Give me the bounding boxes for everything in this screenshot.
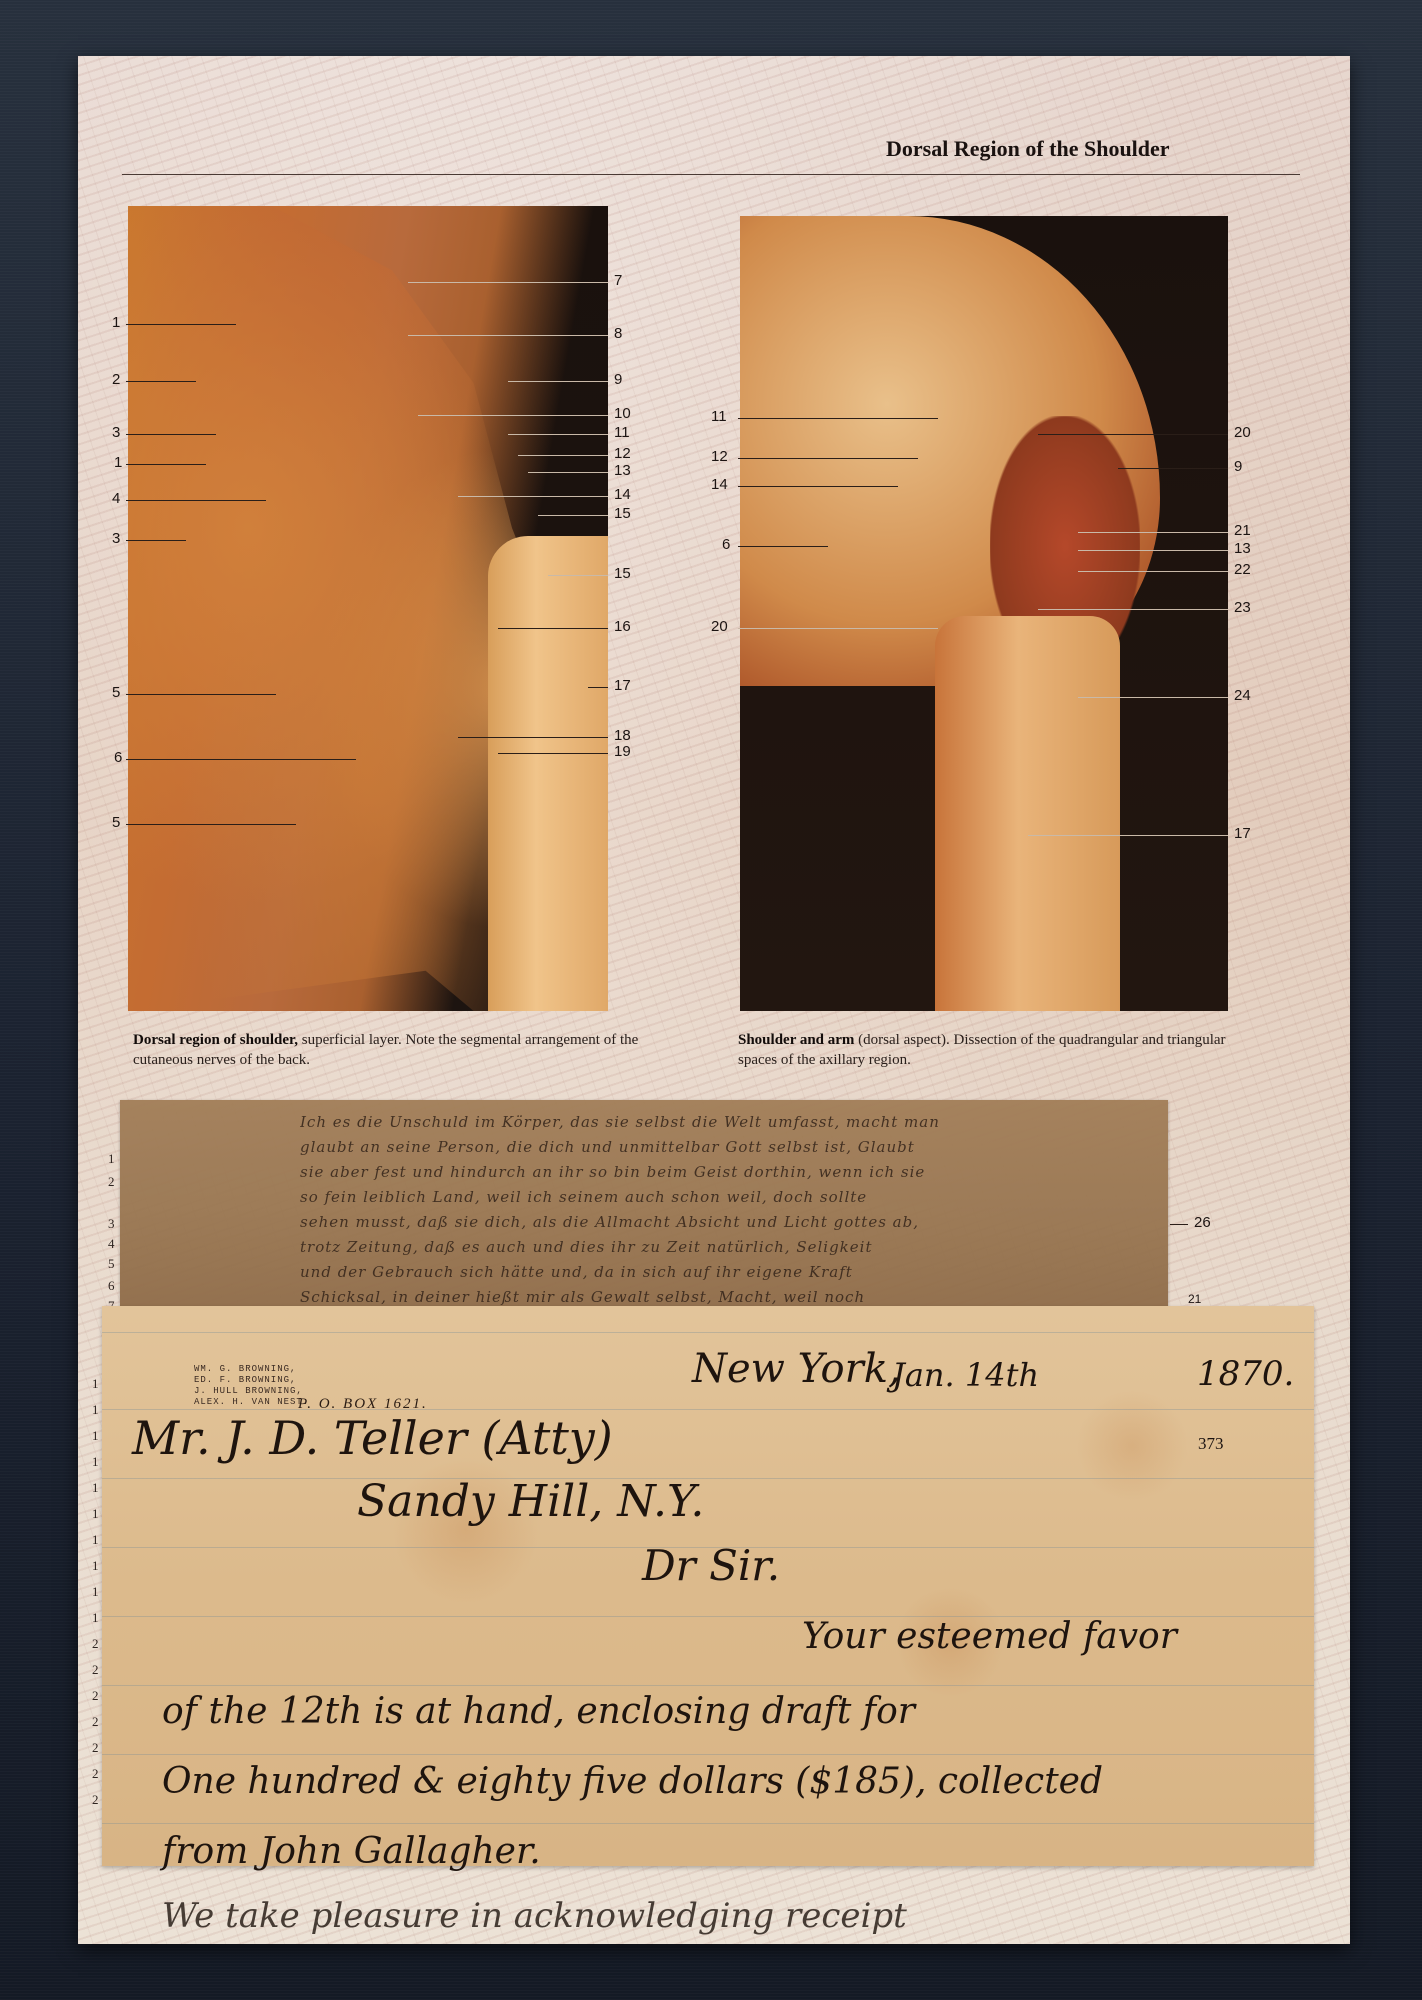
letter-date: Jan. 14th <box>892 1356 1039 1394</box>
ruler-number: 1 <box>108 1151 115 1167</box>
letter-address: Sandy Hill, N.Y. <box>357 1476 704 1527</box>
figure-label: 2 <box>112 371 120 388</box>
leader-line <box>738 458 918 459</box>
figure-label: 11 <box>614 424 630 441</box>
leader-line <box>126 381 196 382</box>
figure-label: 5 <box>112 684 120 701</box>
figure-label: 16 <box>614 618 631 635</box>
figure-label: 10 <box>614 405 631 422</box>
leader-line <box>126 324 236 325</box>
figure-label: 13 <box>1234 540 1251 557</box>
figure-label: 18 <box>614 727 631 744</box>
leader-line <box>126 540 186 541</box>
leader-line <box>1028 835 1228 836</box>
arm-shape <box>488 536 608 1011</box>
figure-label: 22 <box>1234 561 1251 578</box>
ruler-number: 2 <box>108 1174 115 1190</box>
leader-line <box>458 496 608 497</box>
figure-label: 15 <box>614 565 631 582</box>
figure-label: 19 <box>614 743 631 760</box>
manuscript-line: trotz Zeitung, daß es auch und dies ihr … <box>300 1235 1140 1260</box>
figure-label: 17 <box>614 677 631 694</box>
manuscript-line: sie aber fest und hindurch an ihr so bin… <box>300 1160 1140 1185</box>
leader-line <box>508 381 608 382</box>
leader-line <box>738 546 828 547</box>
figure-label: 20 <box>1234 424 1251 441</box>
figure-label: 5 <box>112 814 120 831</box>
leader-line <box>738 628 938 629</box>
leader-line <box>498 753 608 754</box>
leader-line <box>458 737 608 738</box>
figure-label: 21 <box>1188 1292 1201 1306</box>
dorsal-shoulder-photo <box>128 206 608 1011</box>
title-rule <box>122 174 1300 175</box>
left-figure-caption: Dorsal region of shoulder, superficial l… <box>133 1030 653 1070</box>
figure-label: 3 <box>112 424 120 441</box>
ruler-number: 4 <box>108 1236 115 1252</box>
collage-page: Dorsal Region of the Shoulder 1 2 3 1 4 … <box>78 56 1350 1944</box>
manuscript-line: sehen musst, daß sie dich, als die Allma… <box>300 1210 1140 1235</box>
leader-line <box>408 335 608 336</box>
figure-label: 6 <box>722 536 730 553</box>
figure-label: 1 <box>114 454 122 471</box>
handwritten-letter-1870: WM. G. BROWNING, ED. F. BROWNING, J. HUL… <box>102 1306 1314 1866</box>
leader-line <box>126 759 356 760</box>
leader-line <box>538 515 608 516</box>
letter-body-line: We take pleasure in acknowledging receip… <box>162 1896 907 1936</box>
caption-bold: Shoulder and arm <box>738 1032 854 1048</box>
letterhead-line: J. HULL BROWNING, <box>194 1386 309 1397</box>
leader-line <box>588 687 608 688</box>
letter-year: 1870. <box>1197 1354 1294 1394</box>
ruler-number: 5 <box>108 1256 115 1272</box>
letter-body-line: from John Gallagher. <box>162 1831 541 1872</box>
figure-label: 12 <box>614 445 631 462</box>
letterhead-line: ALEX. H. VAN NEST. <box>194 1397 309 1408</box>
upper-arm-shape <box>935 616 1120 1011</box>
page-title: Dorsal Region of the Shoulder <box>886 136 1170 162</box>
figure-label: 11 <box>711 408 727 425</box>
manuscript-line: und der Gebrauch sich hätte und, da in s… <box>300 1260 1140 1285</box>
figure-label: 24 <box>1234 687 1251 704</box>
leader-line <box>126 464 206 465</box>
leader-line <box>1118 468 1228 469</box>
right-figure-caption: Shoulder and arm (dorsal aspect). Dissec… <box>738 1030 1258 1070</box>
leader-line <box>418 415 608 416</box>
leader-line <box>1078 571 1228 572</box>
figure-label: 21 <box>1234 522 1251 539</box>
figure-label: 4 <box>112 490 120 507</box>
figure-label: 12 <box>711 448 728 465</box>
figure-label: 8 <box>614 325 622 342</box>
leader-line <box>508 434 608 435</box>
figure-label: 7 <box>614 272 622 289</box>
figure-label: 17 <box>1234 825 1251 842</box>
leader-line <box>498 628 608 629</box>
leader-line <box>548 575 608 576</box>
german-manuscript-strip: Ich es die Unschuld im Körper, das sie s… <box>120 1100 1168 1310</box>
figure-label: 14 <box>711 476 728 493</box>
leader-line <box>1038 609 1228 610</box>
ruler-number: 3 <box>108 1216 115 1232</box>
leader-line <box>1078 532 1228 533</box>
leader-line <box>1078 697 1228 698</box>
figure-label: 15 <box>614 505 631 522</box>
letterhead-line: ED. F. BROWNING, <box>194 1375 309 1386</box>
figure-label: 14 <box>614 486 631 503</box>
letter-addressee: Mr. J. D. Teller (Atty) <box>132 1411 613 1465</box>
figure-label: 9 <box>1234 458 1242 475</box>
letterhead-names: WM. G. BROWNING, ED. F. BROWNING, J. HUL… <box>194 1364 309 1408</box>
figure-label: 1 <box>112 314 120 331</box>
figure-label: 13 <box>614 462 631 479</box>
manuscript-line: glaubt an seine Person, die dich und unm… <box>300 1135 1140 1160</box>
leader-line <box>1078 550 1228 551</box>
leader-line <box>738 418 938 419</box>
leader-line <box>518 455 608 456</box>
figure-label: 26 <box>1194 1214 1211 1231</box>
letter-salutation: Dr Sir. <box>642 1541 780 1590</box>
leader-line <box>738 486 898 487</box>
leader-line <box>1170 1224 1188 1225</box>
ruler-number: 6 <box>108 1278 115 1294</box>
letterhead-line: WM. G. BROWNING, <box>194 1364 309 1375</box>
letter-body-line: Your esteemed favor <box>802 1616 1177 1657</box>
caption-bold: Dorsal region of shoulder, <box>133 1032 298 1048</box>
leader-line <box>126 824 296 825</box>
leader-line <box>126 694 276 695</box>
letter-place: New York, <box>692 1346 901 1392</box>
letter-body-line: of the 12th is at hand, enclosing draft … <box>162 1691 915 1732</box>
manuscript-line: Ich es die Unschuld im Körper, das sie s… <box>300 1110 1140 1135</box>
page-number: 373 <box>1198 1434 1224 1454</box>
leader-line <box>408 282 608 283</box>
leader-line <box>126 434 216 435</box>
figure-label: 20 <box>711 618 728 635</box>
figure-label: 3 <box>112 530 120 547</box>
leader-line <box>1038 434 1228 435</box>
leader-line <box>126 500 266 501</box>
manuscript-line: so fein leiblich Land, weil ich seinem a… <box>300 1185 1140 1210</box>
figure-label: 23 <box>1234 599 1251 616</box>
figure-label: 9 <box>614 371 622 388</box>
figure-label: 6 <box>114 749 122 766</box>
shoulder-arm-photo <box>740 216 1228 1011</box>
letter-body-line: One hundred & eighty five dollars ($185)… <box>162 1761 1103 1802</box>
manuscript-text: Ich es die Unschuld im Körper, das sie s… <box>300 1110 1140 1310</box>
leader-line <box>528 472 608 473</box>
